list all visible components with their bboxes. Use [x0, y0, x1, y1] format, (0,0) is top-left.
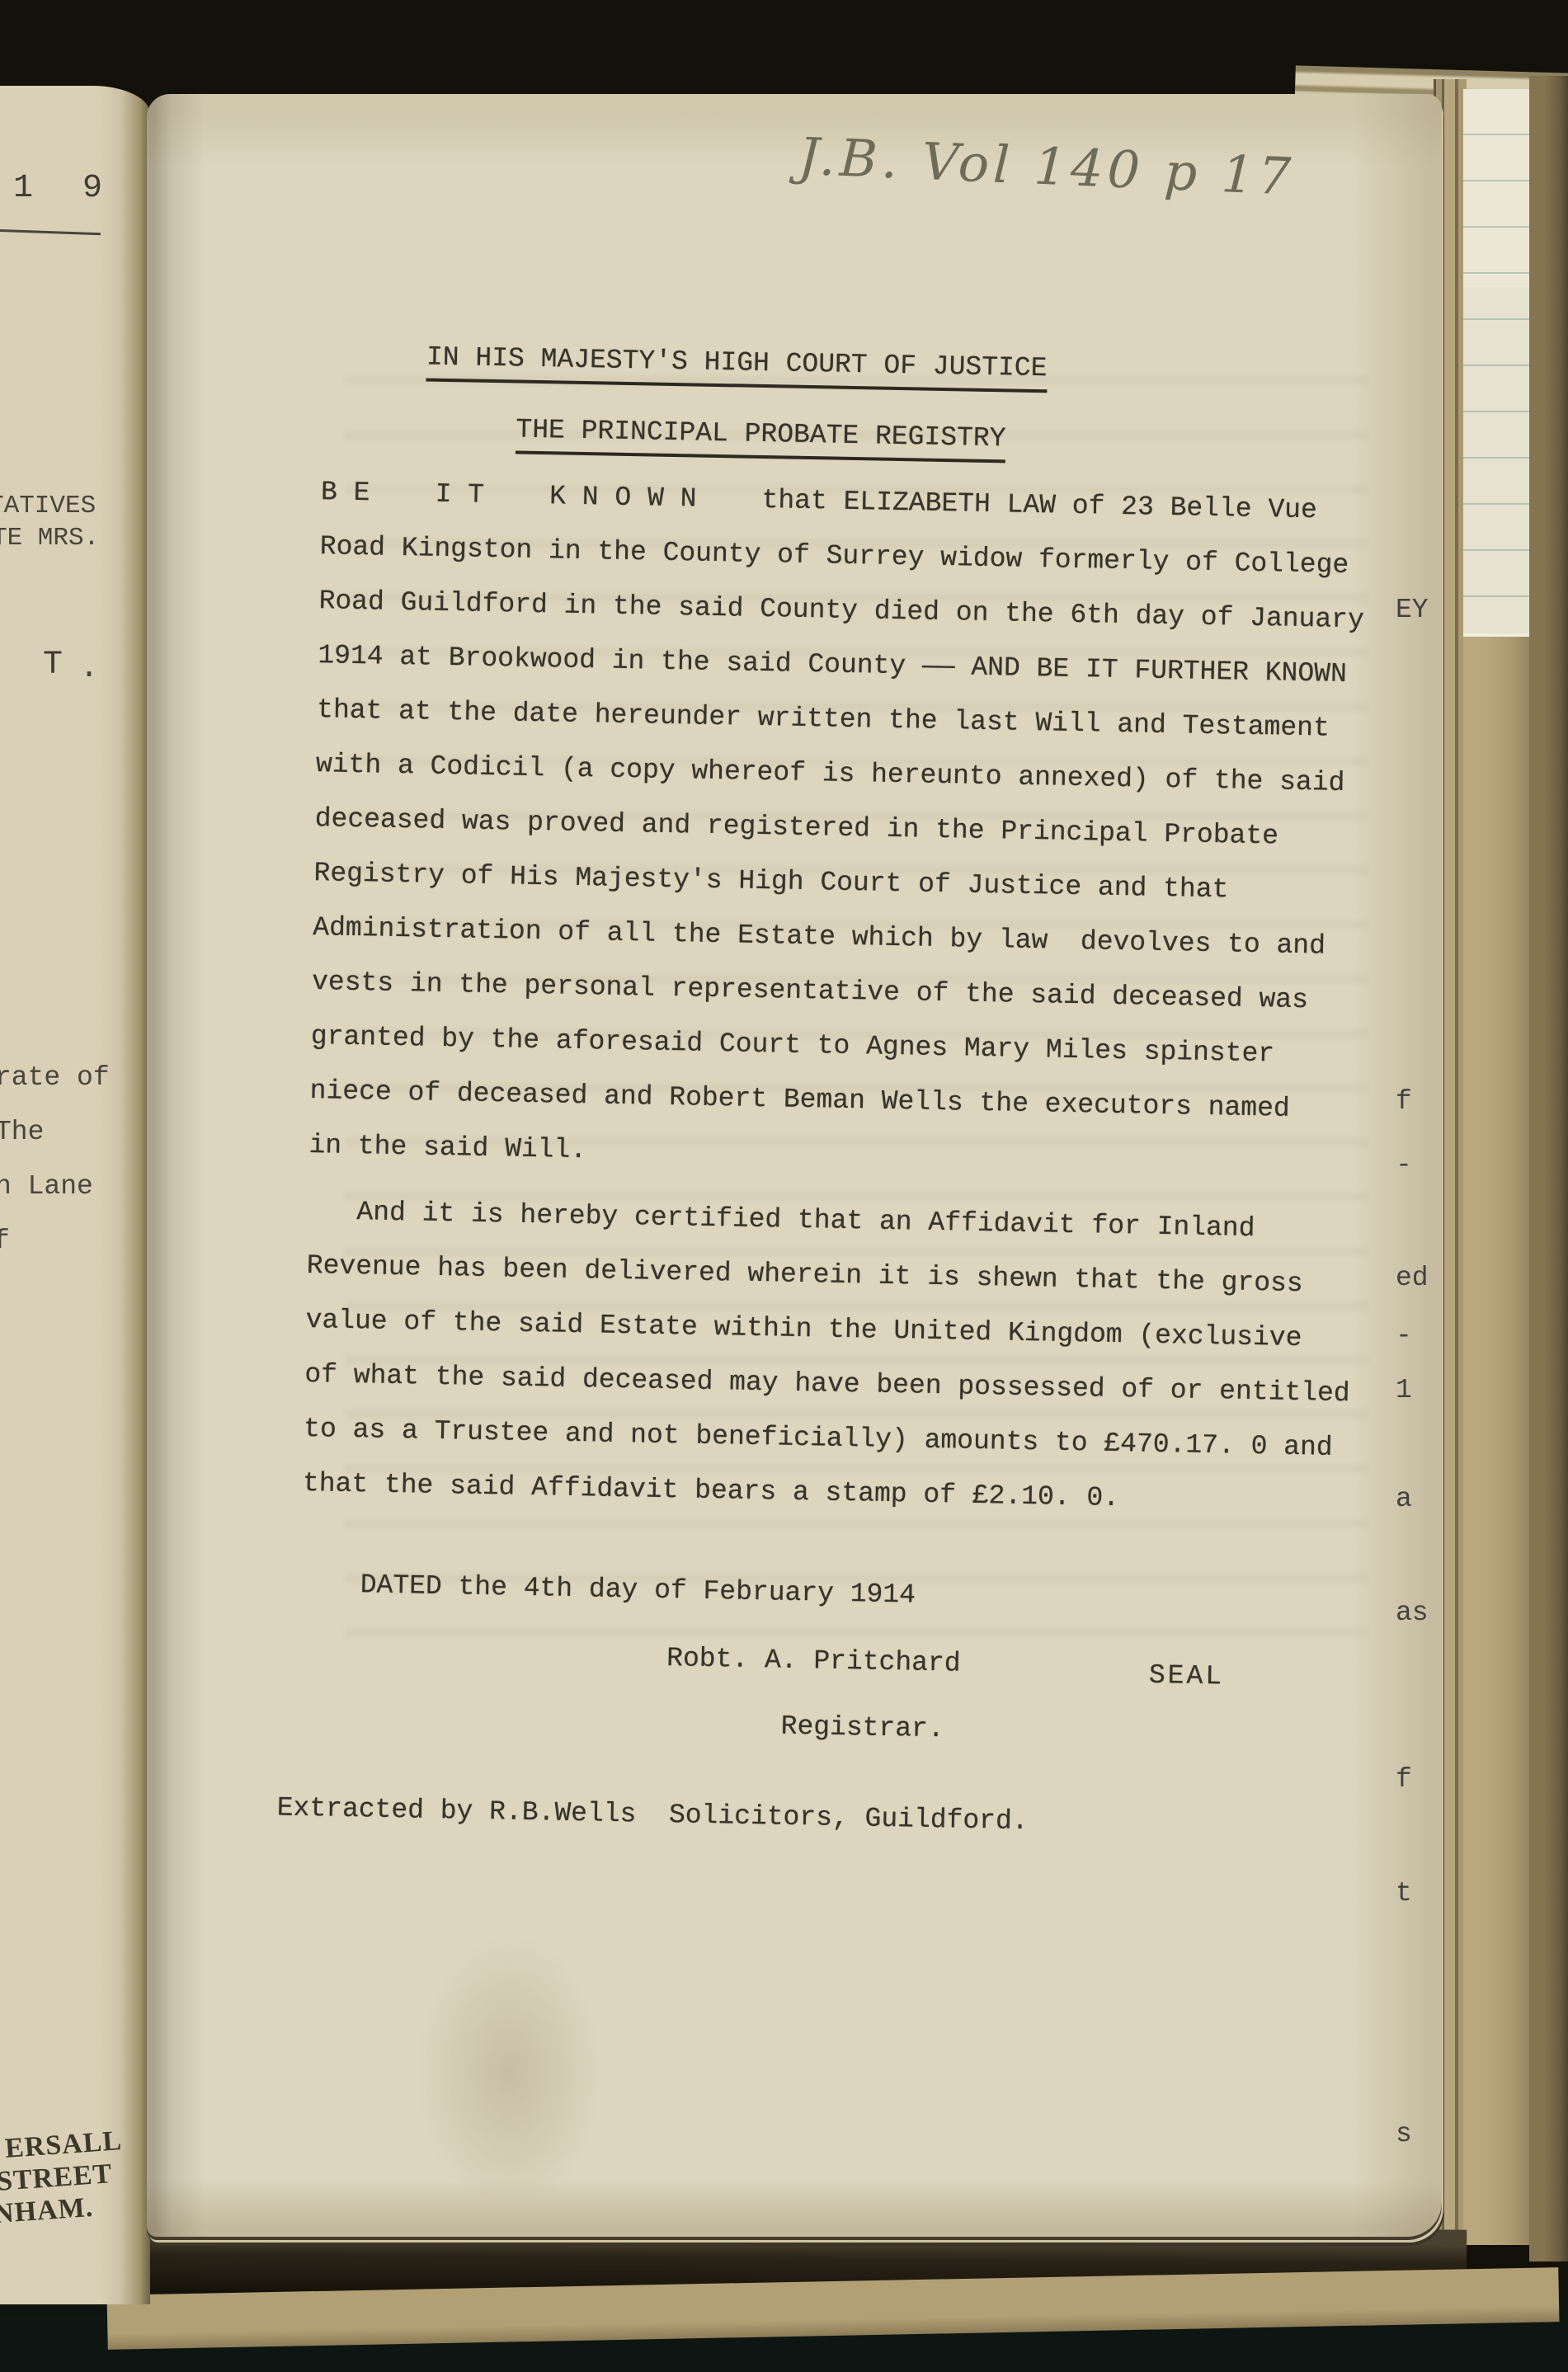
left-fragment-underline — [0, 229, 101, 235]
ruled-paper-slip — [1463, 89, 1533, 637]
left-fragment-t: T — [43, 647, 63, 684]
right-fragment-ey: EY — [1396, 595, 1429, 625]
book-fore-edge — [1529, 76, 1568, 2261]
right-fragment-ed: ed — [1396, 1263, 1429, 1293]
grant-paragraph: B E I T K N O W N that ELIZABETH LAW of … — [308, 465, 1418, 1193]
right-fragment-s: s — [1396, 2119, 1412, 2149]
left-fragment-dot: . — [79, 650, 99, 687]
right-fragment-a: a — [1396, 1484, 1412, 1514]
right-fragment-t: t — [1396, 1878, 1412, 1908]
right-fragment-f1: f — [1396, 1086, 1412, 1117]
left-fragment-f: f — [0, 1226, 10, 1256]
left-fragment-tatives: TATIVES — [0, 492, 96, 520]
dated-line: DATED the 4th day of February 1914 — [360, 1570, 916, 1610]
right-fragment-dash1: - — [1396, 1150, 1412, 1180]
book-photograph: 1 9 2 1 TATIVES TE MRS. T . rate of The … — [0, 0, 1568, 2372]
left-fragment-rate-of: rate of — [0, 1062, 110, 1093]
address-stamp-line-3: NHAM. — [0, 2192, 94, 2230]
registrar-signature: Robt. A. Pritchard — [666, 1643, 961, 1679]
left-fragment-year: 1 9 2 1 — [13, 170, 150, 207]
address-stamp-line-2: STREET — [0, 2158, 113, 2198]
registry-heading: THE PRINCIPAL PROBATE REGISTRY — [516, 414, 1006, 454]
document-page: J.B. Vol 140 p 17 IN HIS MAJESTY'S HIGH … — [147, 94, 1442, 2237]
left-fragment-the: The — [0, 1117, 44, 1147]
right-fragment-f2: f — [1396, 1764, 1412, 1795]
right-fragment-dash2: - — [1396, 1320, 1412, 1351]
right-fragment-one: 1 — [1396, 1375, 1412, 1405]
affidavit-paragraph: And it is hereby certified that an Affid… — [302, 1184, 1405, 1531]
extracted-by-line: Extracted by R.B.Wells Solicitors, Guild… — [276, 1792, 1028, 1837]
registrar-title: Registrar. — [780, 1711, 944, 1745]
left-fragment-te-mrs: TE MRS. — [0, 524, 99, 553]
underlying-left-page: 1 9 2 1 TATIVES TE MRS. T . rate of The … — [0, 86, 150, 2304]
right-page-edges — [1463, 637, 1533, 2245]
right-fragment-as: as — [1396, 1598, 1429, 1628]
typewritten-text: IN HIS MAJESTY'S HIGH COURT OF JUSTICE T… — [289, 92, 1424, 2255]
court-heading: IN HIS MAJESTY'S HIGH COURT OF JUSTICE — [426, 341, 1048, 384]
seal-label: SEAL — [1149, 1660, 1225, 1692]
left-fragment-n-lane: n Lane — [0, 1171, 93, 1202]
